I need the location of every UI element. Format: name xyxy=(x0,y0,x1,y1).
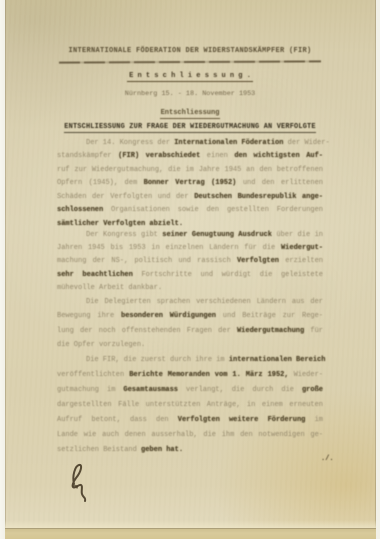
faded-text-segment: Fortschritte und würdigt die geleistete xyxy=(141,271,323,279)
faded-text-segment: lung der noch offenstehenden Fragen der xyxy=(57,327,237,335)
faded-text-segment: Der Kongress gibt xyxy=(86,231,162,239)
text-line: die Opfer vorzulegen. xyxy=(57,338,323,352)
body-paragraphs: Der 14. Kongress der Internationalen Föd… xyxy=(57,0,323,539)
faded-text-segment: Schäden der Verfolgten und der xyxy=(57,193,194,201)
emphasized-text-segment: Internationalen Föderation xyxy=(174,139,283,147)
handwritten-mark-icon xyxy=(64,460,100,506)
emphasized-text-segment: Wiedergutmachung xyxy=(237,327,304,335)
emphasized-text-segment: Verfolgten xyxy=(237,257,279,265)
faded-text-segment: Wieder- xyxy=(289,371,323,379)
text-line: schlossenen Organisationen sowie den ges… xyxy=(57,204,323,217)
faded-text-segment: Die FIR, die zuerst durch ihre im xyxy=(86,356,229,364)
text-line: sehr beachtlichen Fortschritte und würdi… xyxy=(57,269,323,282)
emphasized-text-segment: den wichtigsten Auf- xyxy=(234,152,323,160)
emphasized-text-segment: Deutschen Bundesrepublik ange- xyxy=(194,193,323,201)
faded-text-segment: gutmachung im xyxy=(57,386,123,394)
faded-text-segment: veröffentlichten xyxy=(57,371,129,379)
faded-text-segment: verlangt, die durch die xyxy=(178,386,302,394)
typed-content: INTERNATIONALE FÖDERATION DER WIDERSTAND… xyxy=(0,0,380,539)
text-line: Der 14. Kongress der Internationalen Föd… xyxy=(57,137,323,150)
text-line: veröffentlichten Berichte Memoranden vom… xyxy=(57,368,323,383)
text-line: standskämpfer (FIR) verabschiedet einen … xyxy=(57,150,323,163)
text-line: Bewegung ihre besonderen Würdigungen und… xyxy=(57,309,323,323)
text-line: mühevolle Arbeit dankbar. xyxy=(57,282,323,295)
faded-text-segment: über die in xyxy=(272,231,323,239)
faded-text-segment: und den erlittenen xyxy=(236,179,323,187)
text-line: lung der noch offenstehenden Fragen der … xyxy=(57,324,323,338)
paragraph: Der 14. Kongress der Internationalen Föd… xyxy=(57,137,323,231)
text-line: machung der NS-, politisch und rassisch … xyxy=(57,255,323,268)
faded-text-segment: Opfern (1945), dem xyxy=(57,179,144,187)
faded-text-segment: der Wider- xyxy=(283,139,329,147)
faded-text-segment: die Opfer vorzulegen. xyxy=(57,341,145,349)
faded-text-segment: Aufruf betont, dass den xyxy=(57,416,178,424)
emphasized-text-segment: schlossenen xyxy=(57,206,111,214)
text-line: setzlichen Beistand geben hat. xyxy=(57,443,323,458)
faded-text-segment: standskämpfer xyxy=(57,152,118,160)
faded-text-segment: und Beiträge zur Rege- xyxy=(216,312,323,320)
faded-text-segment: im xyxy=(305,416,323,424)
emphasized-text-segment: geben hat. xyxy=(141,446,183,454)
text-line: Die FIR, die zuerst durch ihre im intern… xyxy=(57,353,323,368)
faded-text-segment: einen xyxy=(200,152,234,160)
text-line: Schäden der Verfolgten und der Deutschen… xyxy=(57,191,323,204)
faded-text-segment: Jahren 1945 bis 1953 in einzelnen Länder… xyxy=(57,244,281,252)
emphasized-text-segment: sehr beachtlichen xyxy=(57,271,141,279)
text-line: dargestellten Fälle unterstützten Anträg… xyxy=(57,398,323,413)
emphasized-text-segment: Berichte Memoranden vom 1. März 1952, xyxy=(129,371,288,379)
faded-text-segment: machung der NS-, politisch und rassisch xyxy=(57,257,237,265)
text-line: Die Delegierten sprachen verschiedenen L… xyxy=(57,295,323,309)
faded-text-segment: Die Delegierten sprachen verschiedenen L… xyxy=(86,298,323,306)
faded-text-segment: ruf zur Wiedergutmachung, die im Jahre 1… xyxy=(57,166,323,174)
text-line: Jahren 1945 bis 1953 in einzelnen Länder… xyxy=(57,242,323,255)
document-scan: INTERNATIONALE FÖDERATION DER WIDERSTAND… xyxy=(0,0,380,539)
emphasized-text-segment: Gesamtausmass xyxy=(123,386,178,394)
continuation-mark: ./. xyxy=(321,455,334,463)
text-line: Aufruf betont, dass den Verfolgten weite… xyxy=(57,413,323,428)
faded-text-segment: setzlichen Beistand xyxy=(57,446,141,454)
emphasized-text-segment: Wiedergut- xyxy=(281,244,323,252)
emphasized-text-segment: Verfolgten weitere Förderung xyxy=(178,416,306,424)
emphasized-text-segment: (FIR) verabschiedet xyxy=(118,152,200,160)
faded-text-segment: Organisationen sowie den gestellten Ford… xyxy=(111,206,323,214)
emphasized-text-segment: Bonner Vertrag (1952) xyxy=(144,179,237,187)
paragraph: Die Delegierten sprachen verschiedenen L… xyxy=(57,295,323,352)
faded-text-segment: Lande wie auch denen ausserhalb, die ihm… xyxy=(57,431,323,439)
emphasized-text-segment: seiner Genugtuung Ausdruck xyxy=(162,231,272,239)
paragraph: Die FIR, die zuerst durch ihre im intern… xyxy=(57,353,323,458)
emphasized-text-segment: besonderen Würdigungen xyxy=(121,312,216,320)
emphasized-text-segment: internationalen Bereich xyxy=(229,356,326,364)
text-line: Opfern (1945), dem Bonner Vertrag (1952)… xyxy=(57,177,323,190)
faded-text-segment: für xyxy=(304,327,323,335)
emphasized-text-segment: sämtlicher Verfolgten abzielt. xyxy=(57,220,183,228)
faded-text-segment: mühevolle Arbeit dankbar. xyxy=(57,284,162,292)
faded-text-segment: dargestellten Fälle unterstützten Anträg… xyxy=(57,401,323,409)
text-line: Der Kongress gibt seiner Genugtuung Ausd… xyxy=(57,229,323,242)
text-line: ruf zur Wiedergutmachung, die im Jahre 1… xyxy=(57,164,323,177)
paragraph: Der Kongress gibt seiner Genugtuung Ausd… xyxy=(57,229,323,295)
text-line: Lande wie auch denen ausserhalb, die ihm… xyxy=(57,428,323,443)
emphasized-text-segment: große xyxy=(302,386,323,394)
faded-text-segment: Der 14. Kongress der xyxy=(86,139,174,147)
faded-text-segment: erzielten xyxy=(279,257,323,265)
text-line: gutmachung im Gesamtausmass verlangt, di… xyxy=(57,383,323,398)
faded-text-segment: Bewegung ihre xyxy=(57,312,121,320)
